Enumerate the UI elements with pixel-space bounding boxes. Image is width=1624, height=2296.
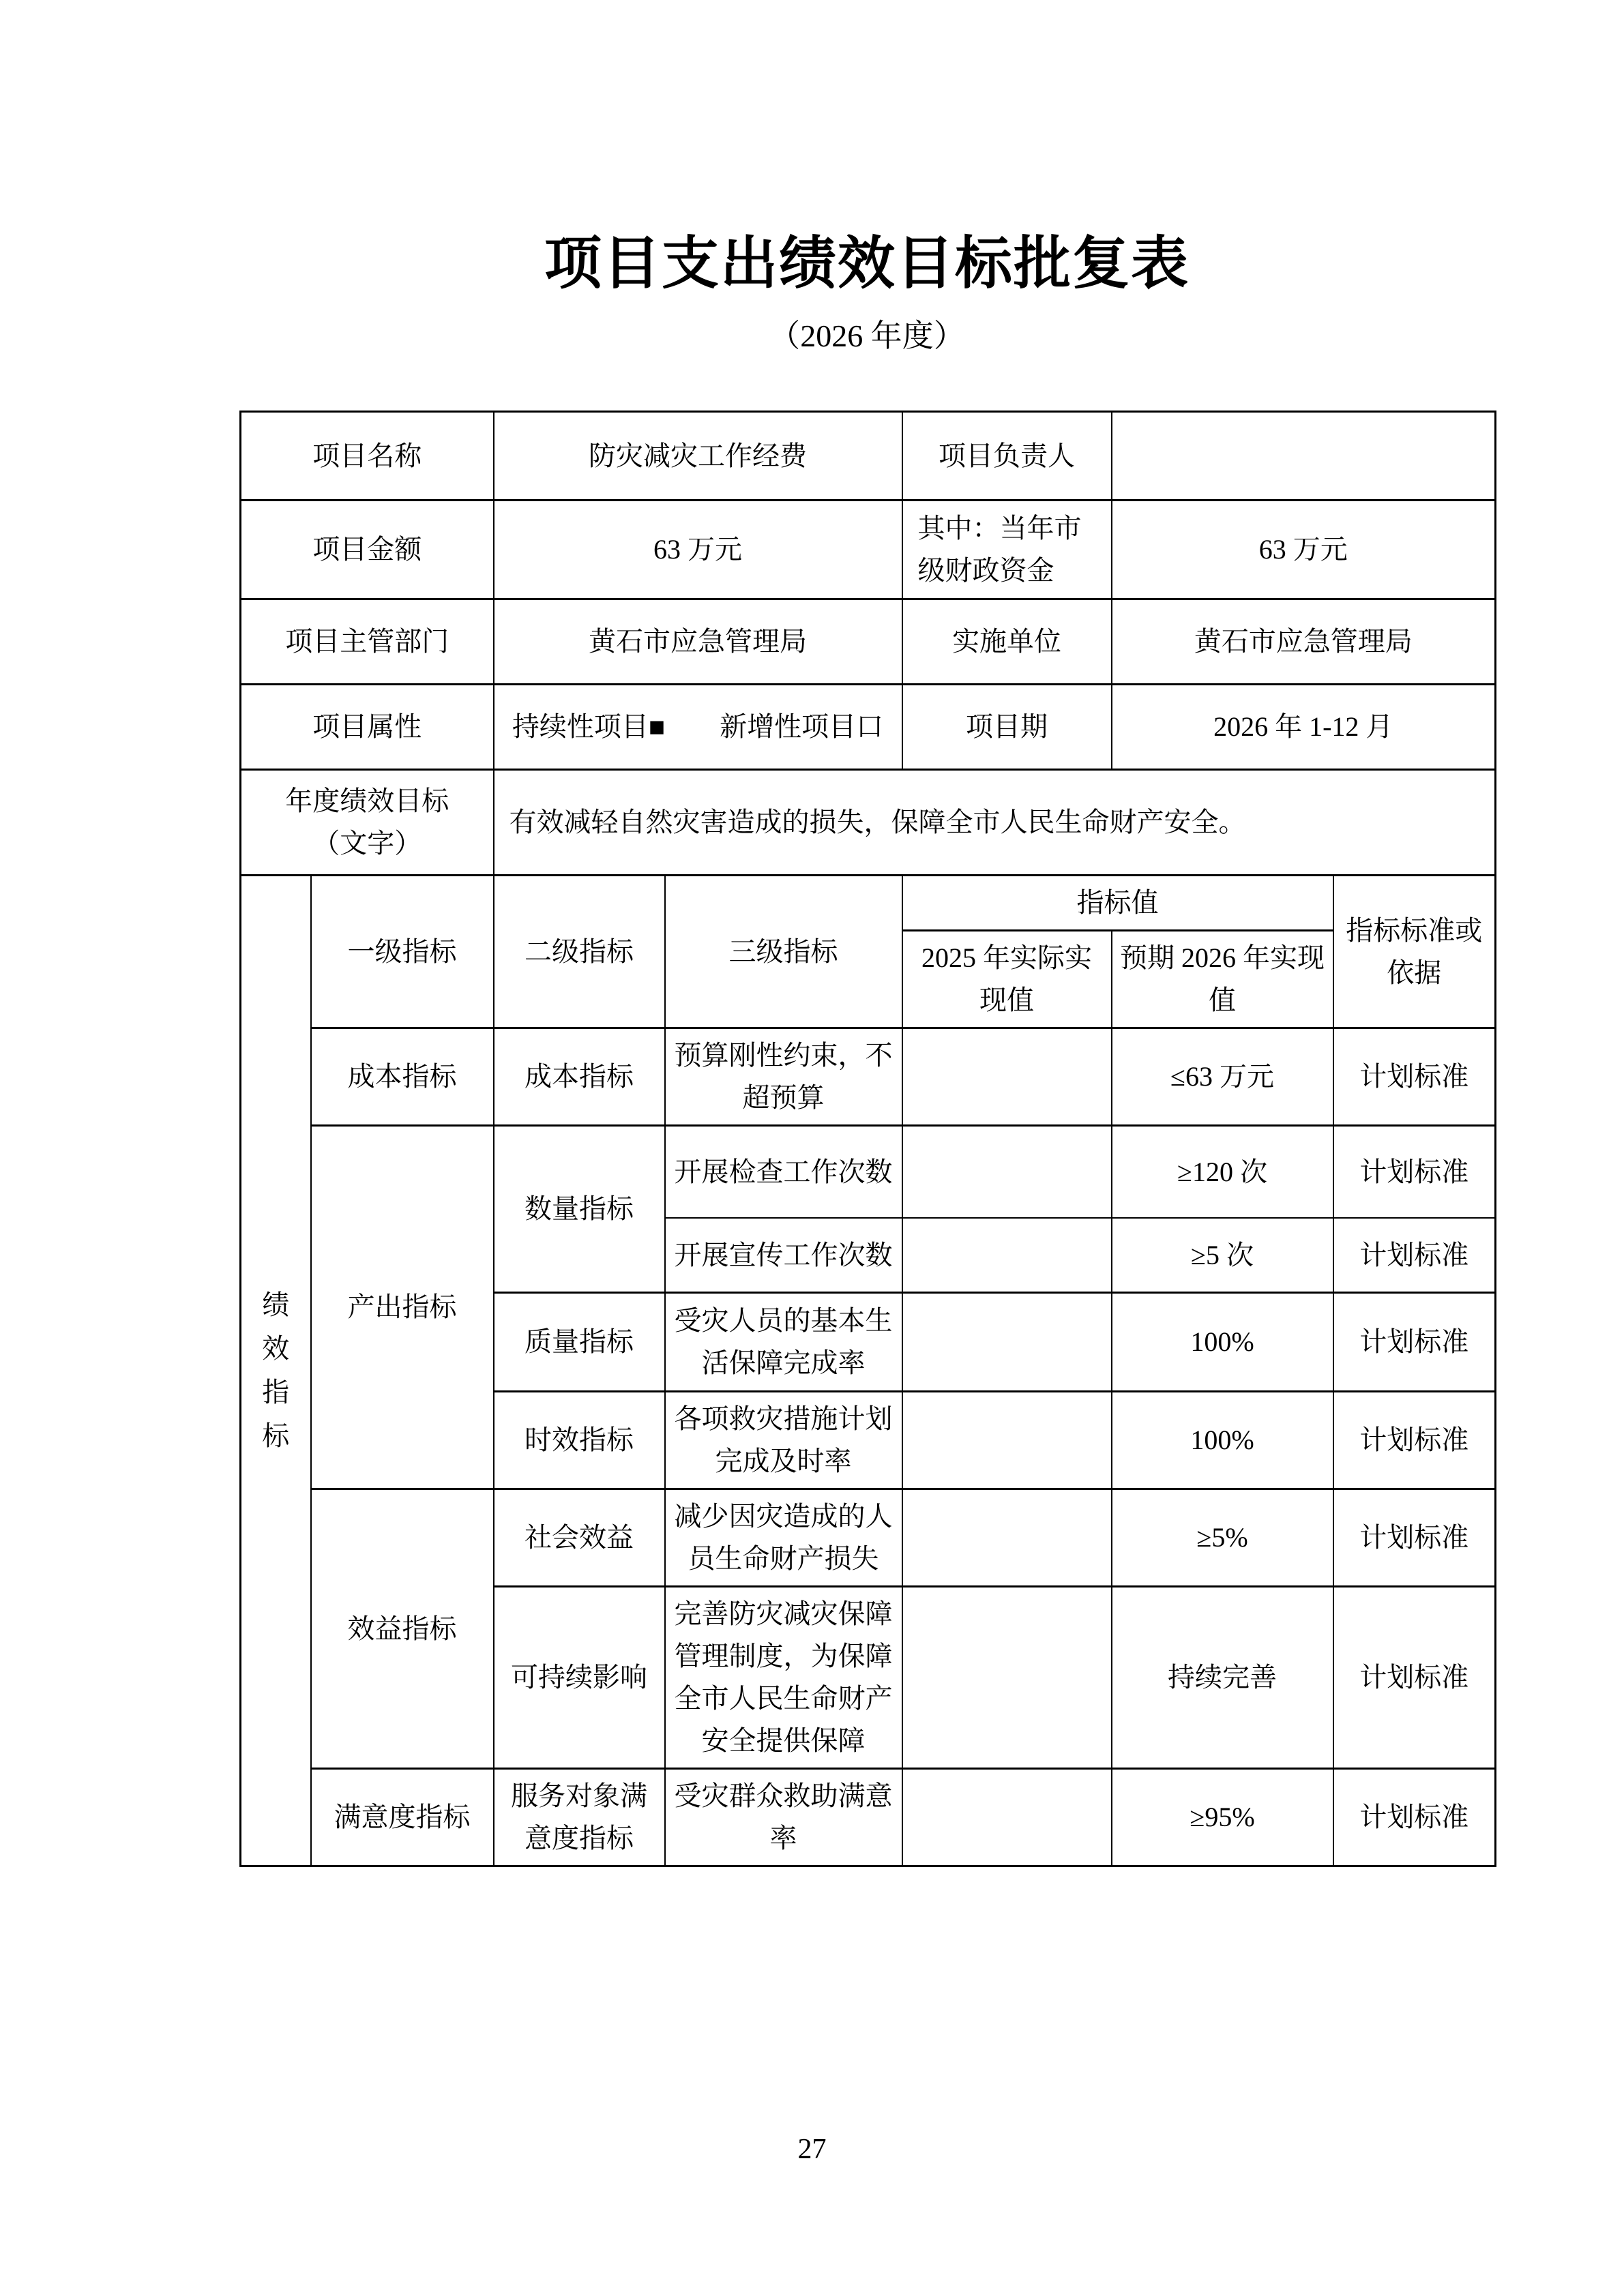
info-row-project-name: 项目名称 防灾减灾工作经费 项目负责人: [241, 412, 1496, 501]
header-level2: 二级指标: [494, 876, 665, 1028]
implementing-unit-value: 黄石市应急管理局: [1112, 599, 1496, 685]
indicator-row-satisfaction: 满意度指标 服务对象满意度指标 受灾群众救助满意率 ≥95% 计划标准: [241, 1769, 1496, 1866]
level1-cell: 成本指标: [311, 1028, 494, 1126]
project-period-label: 项目期: [902, 685, 1112, 770]
value-2025-cell: [902, 1293, 1112, 1392]
standard-cell: 计划标准: [1333, 1769, 1496, 1866]
level2-cell: 成本指标: [494, 1028, 665, 1126]
annual-goal-label-line2: （文字）: [248, 822, 486, 865]
annual-goal-value: 有效减轻自然灾害造成的损失，保障全市人民生命财产安全。: [494, 770, 1496, 876]
info-row-attribute: 项目属性 持续性项目■ 新增性项目口 项目期 2026 年 1-12 月: [241, 685, 1496, 770]
performance-target-table: 项目名称 防灾减灾工作经费 项目负责人 项目金额 63 万元 其中：当年市级财政…: [239, 411, 1496, 1867]
level2-cell: 数量指标: [494, 1126, 665, 1293]
performance-indicator-side-cell: 绩效指标: [241, 876, 311, 1866]
project-period-value: 2026 年 1-12 月: [1112, 685, 1496, 770]
standard-cell: 计划标准: [1333, 1489, 1496, 1587]
standard-cell: 计划标准: [1333, 1587, 1496, 1769]
level3-cell: 受灾人员的基本生活保障完成率: [665, 1293, 902, 1392]
value-2026-cell: ≥95%: [1112, 1769, 1333, 1866]
project-name-value: 防灾减灾工作经费: [494, 412, 902, 501]
project-amount-value: 63 万元: [494, 501, 902, 599]
standard-cell: 计划标准: [1333, 1392, 1496, 1489]
indicator-row-check: 产出指标 数量指标 开展检查工作次数 ≥120 次 计划标准: [241, 1126, 1496, 1218]
value-2025-cell: [902, 1392, 1112, 1489]
standard-cell: 计划标准: [1333, 1218, 1496, 1293]
header-indicator-value: 指标值: [902, 876, 1333, 931]
level3-cell: 受灾群众救助满意率: [665, 1769, 902, 1866]
value-2025-cell: [902, 1489, 1112, 1587]
value-2025-cell: [902, 1218, 1112, 1293]
performance-indicator-side-label: 绩效指标: [261, 1283, 291, 1458]
level3-cell: 完善防灾减灾保障管理制度，为保障全市人民生命财产安全提供保障: [665, 1587, 902, 1769]
level2-cell: 服务对象满意度指标: [494, 1769, 665, 1866]
project-name-label: 项目名称: [241, 412, 494, 501]
level2-cell: 社会效益: [494, 1489, 665, 1587]
header-level1: 一级指标: [311, 876, 494, 1028]
department-label: 项目主管部门: [241, 599, 494, 685]
project-leader-label: 项目负责人: [902, 412, 1112, 501]
standard-cell: 计划标准: [1333, 1293, 1496, 1392]
header-standard: 指标标准或依据: [1333, 876, 1496, 1028]
page-title: 项目支出绩效目标批复表: [239, 232, 1494, 298]
project-attribute-value: 持续性项目■ 新增性项目口: [494, 685, 902, 770]
level2-cell: 质量指标: [494, 1293, 665, 1392]
indicator-row-social: 效益指标 社会效益 减少因灾造成的人员生命财产损失 ≥5% 计划标准: [241, 1489, 1496, 1587]
project-attribute-label: 项目属性: [241, 685, 494, 770]
level3-cell: 预算刚性约束，不超预算: [665, 1028, 902, 1126]
level1-cell: 满意度指标: [311, 1769, 494, 1866]
level3-cell: 开展检查工作次数: [665, 1126, 902, 1218]
level1-cell: 效益指标: [311, 1489, 494, 1769]
level2-cell: 时效指标: [494, 1392, 665, 1489]
annual-goal-label: 年度绩效目标 （文字）: [241, 770, 494, 876]
indicator-row-cost: 成本指标 成本指标 预算刚性约束，不超预算 ≤63 万元 计划标准: [241, 1028, 1496, 1126]
standard-cell: 计划标准: [1333, 1028, 1496, 1126]
project-leader-value: [1112, 412, 1496, 501]
header-expected-2026: 预期 2026 年实现值: [1112, 931, 1333, 1028]
value-2026-cell: ≥120 次: [1112, 1126, 1333, 1218]
header-actual-2025: 2025 年实际实现值: [902, 931, 1112, 1028]
standard-cell: 计划标准: [1333, 1126, 1496, 1218]
info-row-project-amount: 项目金额 63 万元 其中：当年市级财政资金 63 万元: [241, 501, 1496, 599]
project-amount-label: 项目金额: [241, 501, 494, 599]
value-2026-cell: 100%: [1112, 1293, 1333, 1392]
document-page: 项目支出绩效目标批复表 （2026 年度） 项目名称 防灾减灾工作经费 项目负责…: [0, 0, 1624, 2296]
city-fund-label: 其中：当年市级财政资金: [902, 501, 1112, 599]
value-2026-cell: 100%: [1112, 1392, 1333, 1489]
annual-goal-label-line1: 年度绩效目标: [248, 780, 486, 822]
value-2026-cell: ≥5%: [1112, 1489, 1333, 1587]
header-level3: 三级指标: [665, 876, 902, 1028]
document-content: 项目支出绩效目标批复表 （2026 年度） 项目名称 防灾减灾工作经费 项目负责…: [239, 0, 1494, 1867]
value-2026-cell: 持续完善: [1112, 1587, 1333, 1769]
value-2025-cell: [902, 1769, 1112, 1866]
city-fund-value: 63 万元: [1112, 501, 1496, 599]
value-2025-cell: [902, 1028, 1112, 1126]
info-row-department: 项目主管部门 黄石市应急管理局 实施单位 黄石市应急管理局: [241, 599, 1496, 685]
level3-cell: 开展宣传工作次数: [665, 1218, 902, 1293]
department-value: 黄石市应急管理局: [494, 599, 902, 685]
implementing-unit-label: 实施单位: [902, 599, 1112, 685]
page-number: 27: [0, 2133, 1624, 2166]
level1-cell: 产出指标: [311, 1126, 494, 1489]
level3-cell: 各项救灾措施计划完成及时率: [665, 1392, 902, 1489]
level3-cell: 减少因灾造成的人员生命财产损失: [665, 1489, 902, 1587]
value-2025-cell: [902, 1126, 1112, 1218]
page-subtitle: （2026 年度）: [239, 316, 1494, 357]
level2-cell: 可持续影响: [494, 1587, 665, 1769]
value-2026-cell: ≥5 次: [1112, 1218, 1333, 1293]
value-2026-cell: ≤63 万元: [1112, 1028, 1333, 1126]
indicator-header-row-1: 绩效指标 一级指标 二级指标 三级指标 指标值 指标标准或依据: [241, 876, 1496, 931]
info-row-annual-goal: 年度绩效目标 （文字） 有效减轻自然灾害造成的损失，保障全市人民生命财产安全。: [241, 770, 1496, 876]
value-2025-cell: [902, 1587, 1112, 1769]
